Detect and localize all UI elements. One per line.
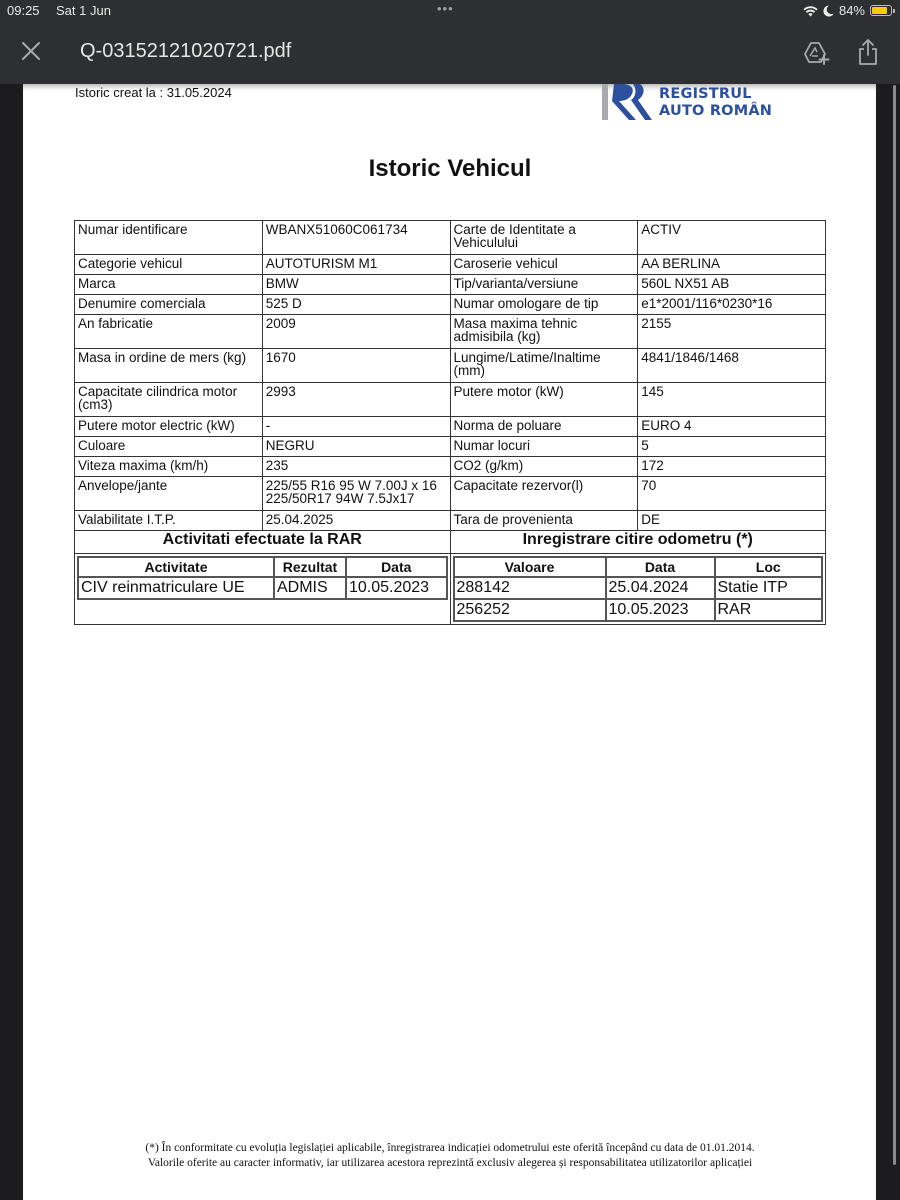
do-not-disturb-moon-icon	[823, 5, 834, 17]
detail-value: 525 D	[262, 295, 450, 315]
status-bar: 09:25 Sat 1 Jun ••• 84%	[0, 0, 900, 22]
markup-pen-icon[interactable]	[802, 40, 830, 66]
document-title: Istoric Vehicul	[0, 155, 900, 183]
detail-value: EURO 4	[638, 417, 826, 437]
column-header: Activitate	[78, 557, 274, 577]
share-icon[interactable]	[856, 38, 880, 66]
footnote-line-1: (*) În conformitate cu evoluția legislaț…	[0, 1141, 900, 1156]
detail-label: Marca	[75, 275, 263, 295]
detail-value: WBANX51060C061734	[262, 221, 450, 255]
detail-value: AA BERLINA	[638, 255, 826, 275]
detail-row: MarcaBMWTip/varianta/versiune560L NX51 A…	[75, 275, 826, 295]
table-cell: 288142	[454, 577, 606, 599]
detail-value: 172	[638, 457, 826, 477]
battery-icon	[870, 5, 892, 16]
detail-value: 1670	[262, 349, 450, 383]
detail-value: AUTOTURISM M1	[262, 255, 450, 275]
detail-label: Tip/varianta/versiune	[450, 275, 638, 295]
detail-value: 2993	[262, 383, 450, 417]
file-name: Q-03152121020721.pdf	[80, 40, 291, 63]
detail-label: Caroserie vehicul	[450, 255, 638, 275]
detail-label: Numar locuri	[450, 437, 638, 457]
vehicle-details-table: Numar identificareWBANX51060C061734Carte…	[74, 220, 826, 625]
odometer-footnote: (*) În conformitate cu evoluția legislaț…	[0, 1141, 900, 1171]
table-row: 25625210.05.2023RAR	[454, 599, 823, 621]
table-cell: 10.05.2023	[346, 577, 447, 599]
detail-value: BMW	[262, 275, 450, 295]
column-header: Loc	[715, 557, 823, 577]
detail-label: Culoare	[75, 437, 263, 457]
logo-line-2: AUTO ROMÂN	[659, 103, 772, 120]
detail-value: DE	[638, 511, 826, 531]
status-date: Sat 1 Jun	[56, 3, 111, 18]
detail-label: Putere motor electric (kW)	[75, 417, 263, 437]
detail-label: CO2 (g/km)	[450, 457, 638, 477]
detail-label: Numar identificare	[75, 221, 263, 255]
detail-value: 4841/1846/1468	[638, 349, 826, 383]
table-cell: 10.05.2023	[606, 599, 715, 621]
detail-value: -	[262, 417, 450, 437]
multitasking-dots-icon[interactable]: •••	[437, 1, 454, 16]
footnote-line-2: Valorile oferite au caracter informativ,…	[0, 1156, 900, 1171]
detail-row: Categorie vehiculAUTOTURISM M1Caroserie …	[75, 255, 826, 275]
column-header: Data	[606, 557, 715, 577]
table-row: CIV reinmatriculare UEADMIS10.05.2023	[78, 577, 447, 599]
detail-value: e1*2001/116*0230*16	[638, 295, 826, 315]
detail-value: 560L NX51 AB	[638, 275, 826, 295]
detail-row: Capacitate cilindrica motor (cm3)2993Put…	[75, 383, 826, 417]
detail-label: Denumire comerciala	[75, 295, 263, 315]
detail-row: Viteza maxima (km/h)235CO2 (g/km)172	[75, 457, 826, 477]
detail-label: Tara de provenienta	[450, 511, 638, 531]
table-row: 28814225.04.2024Statie ITP	[454, 577, 823, 599]
detail-row: Anvelope/jante225/55 R16 95 W 7.00J x 16…	[75, 477, 826, 511]
detail-value: 70	[638, 477, 826, 511]
detail-value: 145	[638, 383, 826, 417]
rar-logo-mark-icon	[600, 84, 658, 124]
detail-label: Numar omologare de tip	[450, 295, 638, 315]
detail-value: 2009	[262, 315, 450, 349]
detail-value: 225/55 R16 95 W 7.00J x 16 225/50R17 94W…	[262, 477, 450, 511]
detail-label: An fabricatie	[75, 315, 263, 349]
history-created-date: Istoric creat la : 31.05.2024	[75, 85, 232, 100]
detail-label: Masa in ordine de mers (kg)	[75, 349, 263, 383]
detail-label: Lungime/Latime/Inaltime (mm)	[450, 349, 638, 383]
close-icon[interactable]	[20, 40, 42, 62]
detail-row: Masa in ordine de mers (kg)1670Lungime/L…	[75, 349, 826, 383]
detail-label: Carte de Identitate a Vehiculului	[450, 221, 638, 255]
column-header: Rezultat	[274, 557, 346, 577]
detail-label: Valabilitate I.T.P.	[75, 511, 263, 531]
odometer-table: ValoareDataLoc 28814225.04.2024Statie IT…	[453, 556, 824, 622]
detail-label: Viteza maxima (km/h)	[75, 457, 263, 477]
rar-logo: REGISTRUL AUTO ROMÂN	[600, 84, 780, 124]
detail-label: Norma de poluare	[450, 417, 638, 437]
detail-value: 2155	[638, 315, 826, 349]
detail-value: 25.04.2025	[262, 511, 450, 531]
odometer-section-title: Inregistrare citire odometru (*)	[450, 531, 826, 554]
detail-row: An fabricatie2009Masa maxima tehnic admi…	[75, 315, 826, 349]
logo-line-1: REGISTRUL	[659, 86, 772, 103]
column-header: Valoare	[454, 557, 606, 577]
status-time: 09:25	[7, 3, 40, 18]
detail-label: Anvelope/jante	[75, 477, 263, 511]
table-cell: Statie ITP	[715, 577, 823, 599]
detail-label: Masa maxima tehnic admisibila (kg)	[450, 315, 638, 349]
detail-row: Denumire comerciala525 DNumar omologare …	[75, 295, 826, 315]
detail-value: ACTIV	[638, 221, 826, 255]
vertical-scrollbar[interactable]	[893, 85, 896, 1165]
detail-label: Putere motor (kW)	[450, 383, 638, 417]
pdf-viewer-toolbar: Q-03152121020721.pdf	[0, 22, 900, 84]
table-cell: ADMIS	[274, 577, 346, 599]
battery-percent: 84%	[839, 3, 865, 18]
table-cell: 256252	[454, 599, 606, 621]
table-cell: 25.04.2024	[606, 577, 715, 599]
detail-label: Capacitate rezervor(l)	[450, 477, 638, 511]
activities-section-title: Activitati efectuate la RAR	[75, 531, 451, 554]
detail-row: Valabilitate I.T.P.25.04.2025Tara de pro…	[75, 511, 826, 531]
detail-row: CuloareNEGRUNumar locuri5	[75, 437, 826, 457]
column-header: Data	[346, 557, 447, 577]
table-cell: RAR	[715, 599, 823, 621]
detail-label: Capacitate cilindrica motor (cm3)	[75, 383, 263, 417]
detail-row: Putere motor electric (kW)-Norma de polu…	[75, 417, 826, 437]
activities-table: ActivitateRezultatData CIV reinmatricula…	[77, 556, 448, 600]
detail-row: Numar identificareWBANX51060C061734Carte…	[75, 221, 826, 255]
detail-value: 5	[638, 437, 826, 457]
detail-value: NEGRU	[262, 437, 450, 457]
wifi-icon	[803, 5, 818, 17]
detail-label: Categorie vehicul	[75, 255, 263, 275]
detail-value: 235	[262, 457, 450, 477]
table-cell: CIV reinmatriculare UE	[78, 577, 274, 599]
